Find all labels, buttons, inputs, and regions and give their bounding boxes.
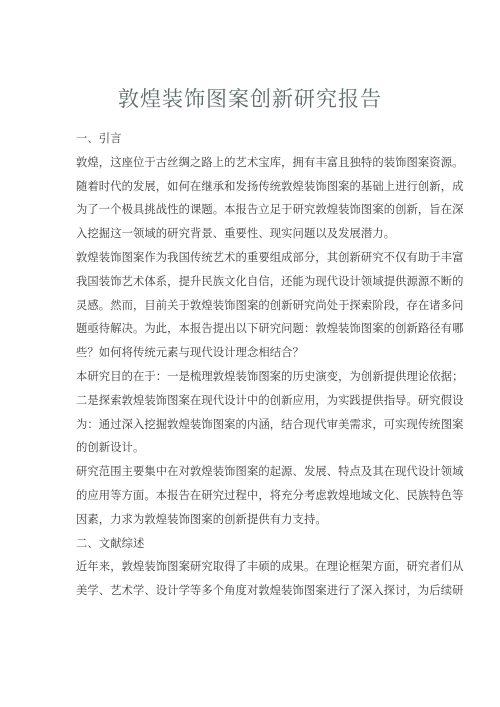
paragraph-line: 的创新设计。: [76, 436, 432, 460]
paragraph-line: 二是探索敦煌装饰图案在现代设计中的创新应用，为实践提供指导。研究假设: [76, 389, 432, 413]
paragraph-line: 敦煌，这座位于古丝绸之路上的艺术宝库，拥有丰富且独特的装饰图案资源。: [76, 151, 432, 175]
paragraph-line: 本研究目的在于：一是梳理敦煌装饰图案的历史演变，为创新提供理论依据；: [76, 365, 432, 389]
paragraph-line: 的应用等方面。本报告在研究过程中，将充分考虑敦煌地域文化、民族特色等: [76, 484, 432, 508]
section-heading-intro: 一、引言: [76, 127, 432, 151]
paragraph-line: 些？如何将传统元素与现代设计理念相结合？: [76, 341, 432, 365]
document-title: 敦煌装饰图案创新研究报告: [0, 83, 500, 113]
paragraph-line: 近年来，敦煌装饰图案研究取得了丰硕的成果。在理论框架方面，研究者们从: [76, 555, 432, 579]
paragraph-line: 为：通过深入挖掘敦煌装饰图案的内涵，结合现代审美需求，可实现传统图案: [76, 413, 432, 437]
paragraph-line: 灵感。然而，目前关于敦煌装饰图案的创新研究尚处于探索阶段，存在诸多问: [76, 294, 432, 318]
paragraph-line: 因素，力求为敦煌装饰图案的创新提供有力支持。: [76, 508, 432, 532]
paragraph-line: 美学、艺术学、设计学等多个角度对敦煌装饰图案进行了深入探讨，为后续研: [76, 579, 432, 603]
paragraph-line: 入挖掘这一领域的研究背景、重要性、现实问题以及发展潜力。: [76, 222, 432, 246]
section-heading-literature-review: 二、文献综述: [76, 532, 432, 556]
paragraph-line: 敦煌装饰图案作为我国传统艺术的重要组成部分，其创新研究不仅有助于丰富: [76, 246, 432, 270]
paragraph-line: 我国装饰艺术体系，提升民族文化自信，还能为现代设计领域提供源源不断的: [76, 270, 432, 294]
paragraph-line: 题亟待解决。为此，本报告提出以下研究问题：敦煌装饰图案的创新路径有哪: [76, 317, 432, 341]
paragraph-line: 研究范围主要集中在对敦煌装饰图案的起源、发展、特点及其在现代设计领域: [76, 460, 432, 484]
paragraph-line: 随着时代的发展，如何在继承和发扬传统敦煌装饰图案的基础上进行创新，成: [76, 175, 432, 199]
document-body: 一、引言 敦煌，这座位于古丝绸之路上的艺术宝库，拥有丰富且独特的装饰图案资源。 …: [76, 127, 432, 603]
paragraph-line: 为了一个极具挑战性的课题。本报告立足于研究敦煌装饰图案的创新，旨在深: [76, 198, 432, 222]
